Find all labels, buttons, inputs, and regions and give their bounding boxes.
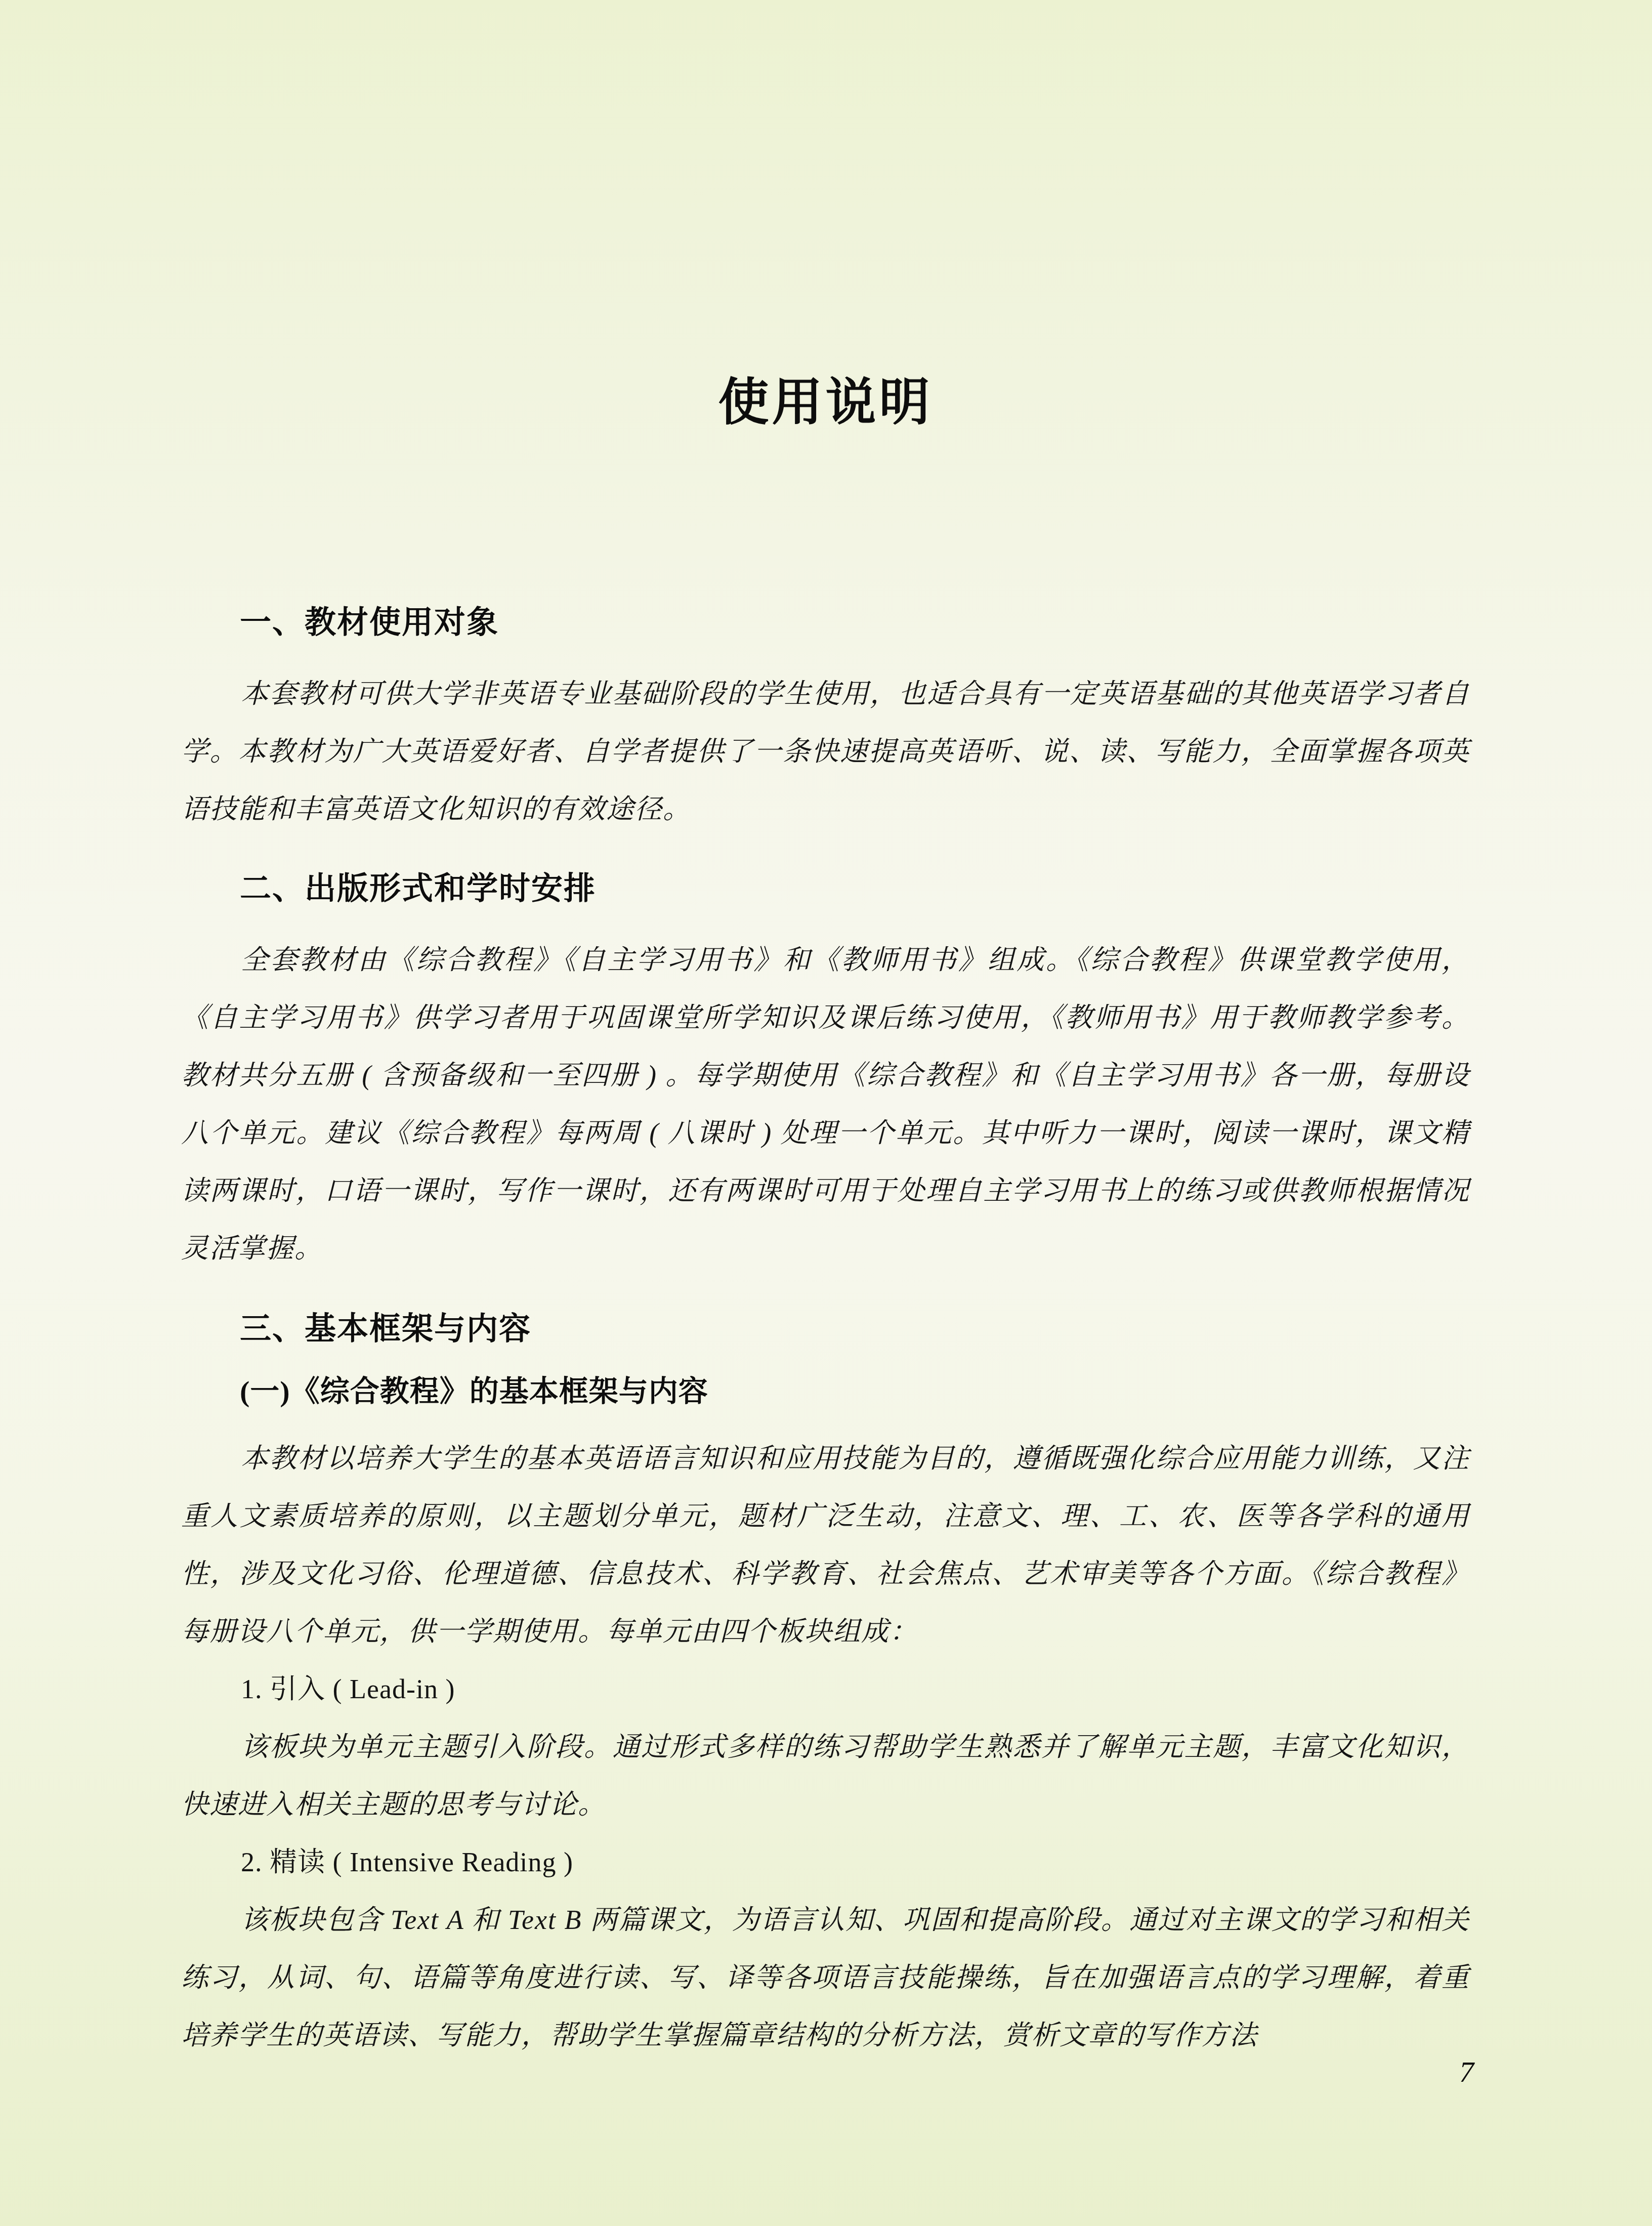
page-number: 7 — [1459, 2054, 1474, 2090]
list-item-1-text: 该板块为单元主题引入阶段。通过形式多样的练习帮助学生熟悉并了解单元主题，丰富文化… — [181, 1718, 1470, 1833]
section-3-intro-paragraph: 本教材以培养大学生的基本英语语言知识和应用技能为目的，遵循既强化综合应用能力训练… — [181, 1430, 1470, 1660]
section-1-paragraph: 本套教材可供大学非英语专业基础阶段的学生使用，也适合具有一定英语基础的其他英语学… — [181, 665, 1470, 838]
section-heading-2: 二、出版形式和学时安排 — [240, 867, 1470, 911]
document-page: 使用说明 一、教材使用对象 本套教材可供大学非英语专业基础阶段的学生使用，也适合… — [0, 0, 1652, 2226]
list-item-2-label: 2. 精读 ( Intensive Reading ) — [181, 1833, 1470, 1891]
subsection-heading: (一)《综合教程》的基本框架与内容 — [240, 1371, 1470, 1412]
list-item-2-text: 该板块包含 Text A 和 Text B 两篇课文，为语言认知、巩固和提高阶段… — [181, 1891, 1470, 2064]
page-title: 使用说明 — [181, 0, 1470, 438]
section-heading-1: 一、教材使用对象 — [240, 601, 1470, 645]
list-item-1-label: 1. 引入 ( Lead-in ) — [181, 1660, 1470, 1718]
section-heading-3: 三、基本框架与内容 — [240, 1308, 1470, 1351]
section-2-paragraph: 全套教材由《综合教程》《自主学习用书》和《教师用书》组成。《综合教程》供课堂教学… — [181, 931, 1470, 1277]
